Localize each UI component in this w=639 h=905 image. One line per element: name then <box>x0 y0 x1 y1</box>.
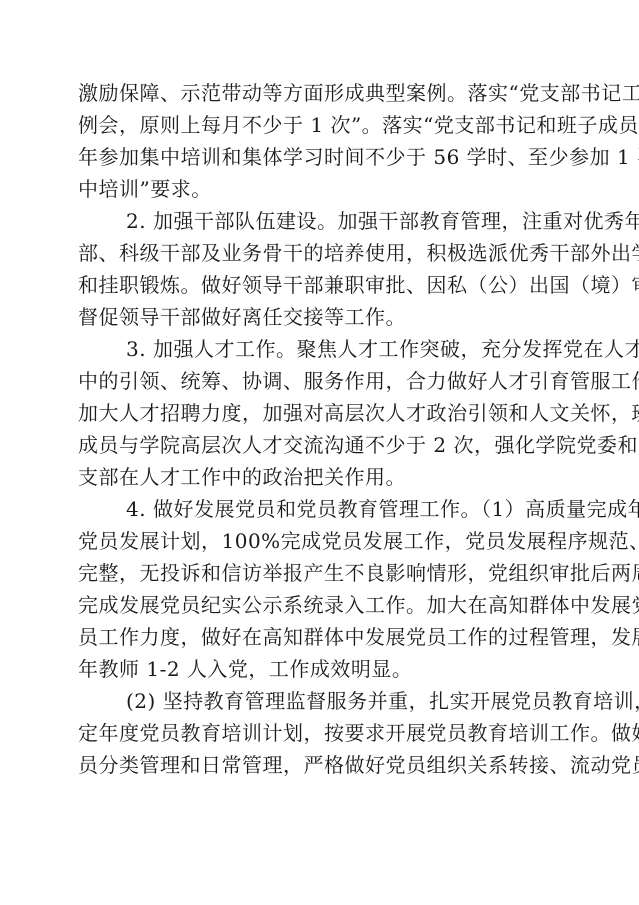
text-line: 员分类管理和日常管理，严格做好党员组织关系转接、流动党员和 <box>78 749 563 781</box>
text-line: 年教师 1-2 人入党，工作成效明显。 <box>78 653 563 685</box>
paragraph-party-development: 4. 做好发展党员和党员教育管理工作。（1）高质量完成年度 党员发展计划，100… <box>78 493 563 685</box>
paragraph-education-training: (2) 坚持教育管理监督服务并重，扎实开展党员教育培训，制 定年度党员教育培训计… <box>78 685 563 781</box>
text-line: 3. 加强人才工作。聚焦人才工作突破，充分发挥党在人才工作 <box>78 333 563 365</box>
document-page: 激励保障、示范带动等方面形成典型案例。落实“党支部书记工作 例会，原则上每月不少… <box>0 0 639 905</box>
document-body: 激励保障、示范带动等方面形成典型案例。落实“党支部书记工作 例会，原则上每月不少… <box>78 77 563 781</box>
text-line: 成员与学院高层次人才交流沟通不少于 2 次，强化学院党委和党 <box>78 429 563 461</box>
text-line: 中的引领、统筹、协调、服务作用，合力做好人才引育管服工作。 <box>78 365 563 397</box>
text-line: 完整，无投诉和信访举报产生不良影响情形，党组织审批后两周内 <box>78 557 563 589</box>
text-line: 完成发展党员纪实公示系统录入工作。加大在高知群体中发展党 <box>78 589 563 621</box>
text-line: 支部在人才工作中的政治把关作用。 <box>78 461 563 493</box>
text-line: 年参加集中培训和集体学习时间不少于 56 学时、至少参加 1 次集 <box>78 141 563 173</box>
text-line: 中培训”要求。 <box>78 173 563 205</box>
text-line: 2. 加强干部队伍建设。加强干部教育管理，注重对优秀年轻干 <box>78 205 563 237</box>
text-line: 例会，原则上每月不少于 1 次”。落实“党支部书记和班子成员每 <box>78 109 563 141</box>
paragraph-cadre-team: 2. 加强干部队伍建设。加强干部教育管理，注重对优秀年轻干 部、科级干部及业务骨… <box>78 205 563 333</box>
text-line: 4. 做好发展党员和党员教育管理工作。（1）高质量完成年度 <box>78 493 563 525</box>
text-line: 定年度党员教育培训计划，按要求开展党员教育培训工作。做好党 <box>78 717 563 749</box>
text-line: (2) 坚持教育管理监督服务并重，扎实开展党员教育培训，制 <box>78 685 563 717</box>
text-line: 督促领导干部做好离任交接等工作。 <box>78 301 563 333</box>
paragraph-case-study: 激励保障、示范带动等方面形成典型案例。落实“党支部书记工作 例会，原则上每月不少… <box>78 77 563 205</box>
text-line: 和挂职锻炼。做好领导干部兼职审批、因私（公）出国（境）审批， <box>78 269 563 301</box>
text-line: 党员发展计划，100%完成党员发展工作，党员发展程序规范、材料 <box>78 525 563 557</box>
paragraph-talent: 3. 加强人才工作。聚焦人才工作突破，充分发挥党在人才工作 中的引领、统筹、协调… <box>78 333 563 493</box>
text-line: 员工作力度，做好在高知群体中发展党员工作的过程管理，发展青 <box>78 621 563 653</box>
text-line: 加大人才招聘力度，加强对高层次人才政治引领和人文关怀，班子 <box>78 397 563 429</box>
text-line: 激励保障、示范带动等方面形成典型案例。落实“党支部书记工作 <box>78 77 563 109</box>
text-line: 部、科级干部及业务骨干的培养使用，积极选派优秀干部外出学习 <box>78 237 563 269</box>
